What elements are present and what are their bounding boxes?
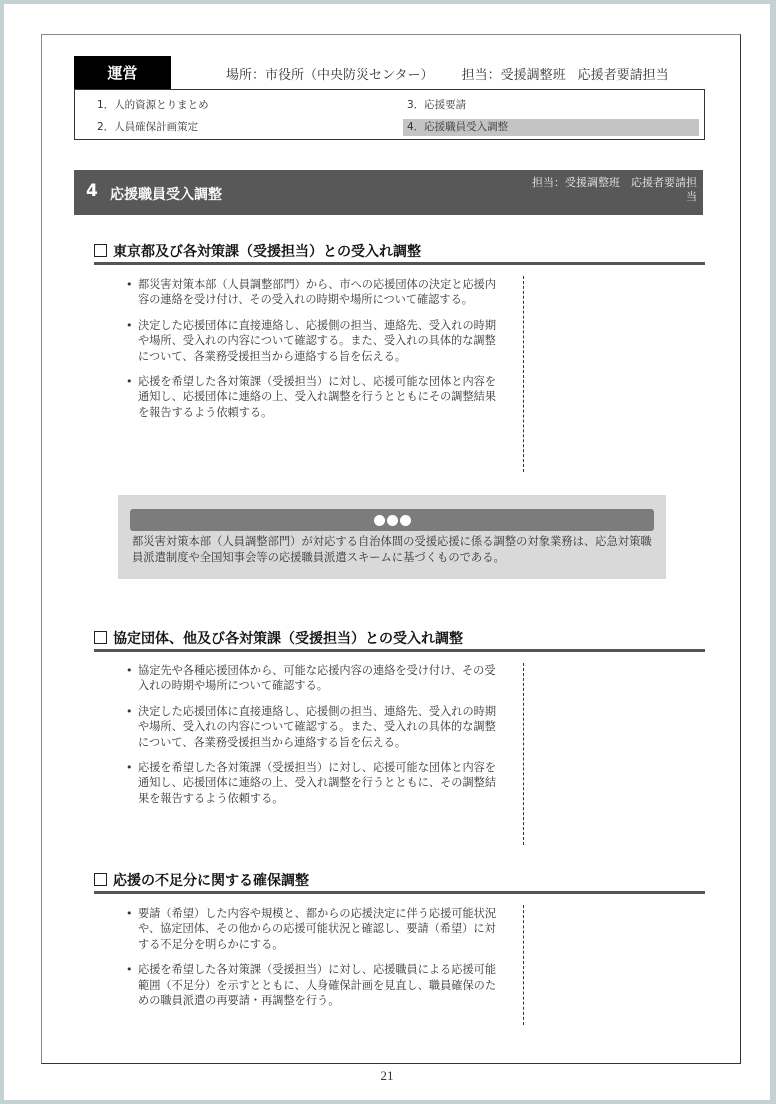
- subsection-heading-text: 東京都及び各対策課（受援担当）との受入れ調整: [113, 244, 421, 260]
- nav-item-3[interactable]: 3．応援要請: [407, 97, 466, 114]
- section-banner: 4 応援職員受入調整 担当：受援調整班 応援者要請担 当: [74, 170, 703, 215]
- subsection-heading-1: 東京都及び各対策課（受援担当）との受入れ調整: [94, 241, 421, 261]
- list-item: 決定した応援団体に直接連絡し、応援側の担当、連絡先、受入れの時期や場所、受入れの…: [126, 704, 506, 750]
- checkbox-square-icon: [94, 873, 107, 886]
- charge-label: 担当：受援調整班: [462, 68, 566, 83]
- bullet-list-1: 都災害対策本部（人員調整部門）から、市への応援団体の決定と応援内容の連絡を受け付…: [126, 277, 506, 430]
- location-label: 場所：市役所（中央防災センター）: [226, 68, 433, 83]
- three-dots-icon: [130, 509, 654, 531]
- list-item: 応援を希望した各対策課（受援担当）に対し、応援可能な団体と内容を通知し、応援団体…: [126, 760, 506, 806]
- dashed-divider: [523, 905, 524, 1025]
- subsection-heading-text: 応援の不足分に関する確保調整: [113, 873, 309, 889]
- section-number: 4: [86, 181, 98, 201]
- dashed-divider: [523, 663, 524, 845]
- subsection-heading-2: 協定団体、他及び各対策課（受援担当）との受入れ調整: [94, 628, 463, 648]
- note-box: 都災害対策本部（人員調整部門）が対応する自治体間の受援応援に係る調整の対象業務は…: [118, 495, 666, 579]
- note-text: 都災害対策本部（人員調整部門）が対応する自治体間の受援応援に係る調整の対象業務は…: [132, 534, 662, 566]
- list-item: 協定先や各種応援団体から、可能な応援内容の連絡を受け付け、その受入れの時期や場所…: [126, 663, 506, 694]
- list-item: 要請（希望）した内容や規模と、都からの応援決定に伴う応援可能状況や、協定団体、そ…: [126, 906, 506, 952]
- document-page: 運営 場所：市役所（中央防災センター） 担当：受援調整班応援者要請担当 1．人的…: [4, 4, 770, 1100]
- list-item: 都災害対策本部（人員調整部門）から、市への応援団体の決定と応援内容の連絡を受け付…: [126, 277, 506, 308]
- category-tag: 運営: [74, 56, 171, 89]
- nav-item-2[interactable]: 2．人員確保計画策定: [97, 119, 198, 136]
- role-label: 応援者要請担当: [578, 68, 669, 83]
- list-item: 応援を希望した各対策課（受援担当）に対し、応援職員による応援可能範囲（不足分）を…: [126, 962, 506, 1008]
- bullet-list-2: 協定先や各種応援団体から、可能な応援内容の連絡を受け付け、その受入れの時期や場所…: [126, 663, 506, 816]
- heading-rule: [94, 262, 705, 265]
- heading-rule: [94, 891, 705, 894]
- section-title: 応援職員受入調整: [110, 184, 222, 204]
- section-charge: 担当：受援調整班 応援者要請担 当: [497, 176, 697, 204]
- list-item: 応援を希望した各対策課（受援担当）に対し、応援可能な団体と内容を通知し、応援団体…: [126, 374, 506, 420]
- checkbox-square-icon: [94, 631, 107, 644]
- dashed-divider: [523, 276, 524, 472]
- header-info: 場所：市役所（中央防災センター） 担当：受援調整班応援者要請担当: [226, 64, 669, 83]
- checkbox-square-icon: [94, 244, 107, 257]
- subsection-heading-text: 協定団体、他及び各対策課（受援担当）との受入れ調整: [113, 631, 463, 647]
- subsection-heading-3: 応援の不足分に関する確保調整: [94, 870, 309, 890]
- section-charge-line2: 当: [497, 190, 697, 204]
- heading-rule: [94, 649, 705, 652]
- nav-item-4-active[interactable]: 4．応援職員受入調整: [403, 119, 699, 136]
- nav-item-1[interactable]: 1．人的資源とりまとめ: [97, 97, 209, 114]
- bullet-list-3: 要請（希望）した内容や規模と、都からの応援決定に伴う応援可能状況や、協定団体、そ…: [126, 906, 506, 1018]
- section-charge-line1: 担当：受援調整班 応援者要請担: [497, 176, 697, 190]
- step-navigation: 1．人的資源とりまとめ 2．人員確保計画策定 3．応援要請 4．応援職員受入調整: [74, 89, 705, 140]
- list-item: 決定した応援団体に直接連絡し、応援側の担当、連絡先、受入れの時期や場所、受入れの…: [126, 318, 506, 364]
- page-number: 21: [4, 1068, 770, 1084]
